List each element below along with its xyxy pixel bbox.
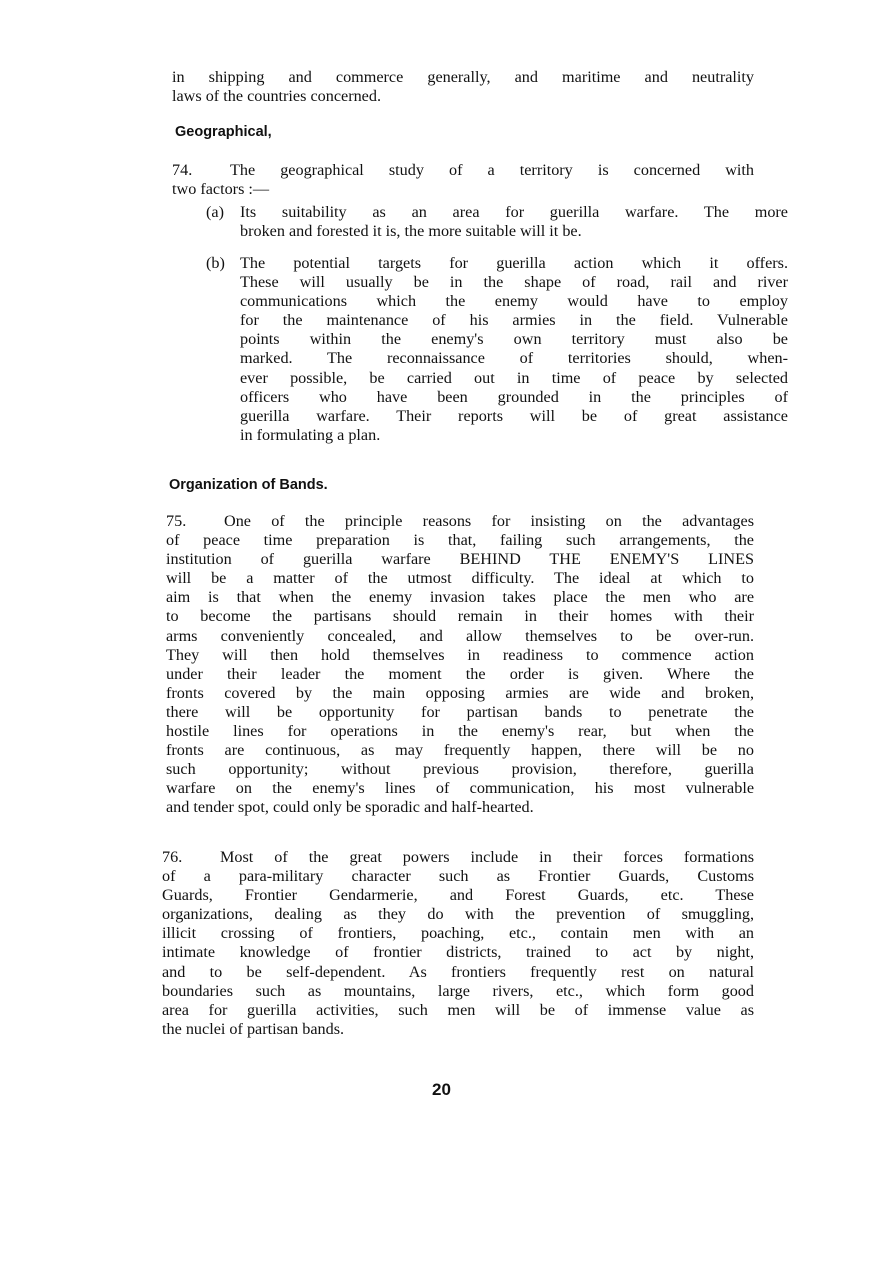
text-line: Guards, Frontier Gendarmerie, and Forest… <box>162 886 754 905</box>
text-line: aim is that when the enemy invasion take… <box>166 588 754 607</box>
text-line: ever possible, be carried out in time of… <box>240 369 788 388</box>
text-line: 74.The geographical study of a territory… <box>172 161 754 180</box>
page-number: 20 <box>432 1080 451 1100</box>
text-line: laws of the countries concerned. <box>172 87 754 106</box>
text-line: broken and forested it is, the more suit… <box>240 222 788 241</box>
text-line: in formulating a plan. <box>240 426 788 445</box>
text-line: of a para-military character such as Fro… <box>162 867 754 886</box>
text-line: area for guerilla activities, such men w… <box>162 1001 754 1020</box>
text-line-content: Most of the great powers include in thei… <box>220 848 754 866</box>
section-heading-geographical: Geographical, <box>175 124 272 140</box>
text-line: organizations, dealing as they do with t… <box>162 905 754 924</box>
text-line: in shipping and commerce generally, and … <box>172 68 754 87</box>
text-line: These will usually be in the shape of ro… <box>240 273 788 292</box>
text-line: points within the enemy's own territory … <box>240 330 788 349</box>
text-line: arms conveniently concealed, and allow t… <box>166 627 754 646</box>
text-line: 75.One of the principle reasons for insi… <box>166 512 754 531</box>
text-line-content: The geographical study of a territory is… <box>230 161 754 179</box>
text-line: marked. The reconnaissance of territorie… <box>240 349 788 368</box>
text-line: to become the partisans should remain in… <box>166 607 754 626</box>
paragraph-number: 74. <box>172 161 230 180</box>
paragraph-76: 76.Most of the great powers include in t… <box>162 848 754 1039</box>
text-line: under their leader the moment the order … <box>166 665 754 684</box>
text-line: intimate knowledge of frontier districts… <box>162 943 754 962</box>
text-line: and tender spot, could only be sporadic … <box>166 798 754 817</box>
text-line: communications which the enemy would hav… <box>240 292 788 311</box>
intro-paragraph: in shipping and commerce generally, and … <box>172 68 754 106</box>
text-line: fronts are continuous, as may frequently… <box>166 741 754 760</box>
text-line: institution of guerilla warfare BEHIND T… <box>166 550 754 569</box>
text-line: boundaries such as mountains, large rive… <box>162 982 754 1001</box>
text-line: for the maintenance of his armies in the… <box>240 311 788 330</box>
text-line: there will be opportunity for partisan b… <box>166 703 754 722</box>
text-line: will be a matter of the utmost difficult… <box>166 569 754 588</box>
list-item-a: (a) Its suitability as an area for gueri… <box>206 203 788 241</box>
text-line: The potential targets for guerilla actio… <box>240 254 788 273</box>
paragraph-75: 75.One of the principle reasons for insi… <box>166 512 754 818</box>
text-line: illicit crossing of frontiers, poaching,… <box>162 924 754 943</box>
text-line: officers who have been grounded in the p… <box>240 388 788 407</box>
paragraph-74: 74.The geographical study of a territory… <box>172 161 754 199</box>
paragraph-number: 76. <box>162 848 220 867</box>
text-line: hostile lines for operations in the enem… <box>166 722 754 741</box>
text-line: Its suitability as an area for guerilla … <box>240 203 788 222</box>
text-line: 76.Most of the great powers include in t… <box>162 848 754 867</box>
paragraph-number: 75. <box>166 512 224 531</box>
text-line: warfare on the enemy's lines of communic… <box>166 779 754 798</box>
text-line: two factors :— <box>172 180 754 199</box>
list-item-b: (b) The potential targets for guerilla a… <box>206 254 788 445</box>
text-line: guerilla warfare. Their reports will be … <box>240 407 788 426</box>
list-item-label: (a) <box>206 203 224 222</box>
text-line: They will then hold themselves in readin… <box>166 646 754 665</box>
text-line-content: One of the principle reasons for insisti… <box>224 512 754 530</box>
text-line: such opportunity; without previous provi… <box>166 760 754 779</box>
text-line: the nuclei of partisan bands. <box>162 1020 754 1039</box>
text-line: of peace time preparation is that, faili… <box>166 531 754 550</box>
text-line: fronts covered by the main opposing armi… <box>166 684 754 703</box>
section-heading-organization-of-bands: Organization of Bands. <box>169 477 328 493</box>
text-line: and to be self-dependent. As frontiers f… <box>162 963 754 982</box>
list-item-label: (b) <box>206 254 225 273</box>
